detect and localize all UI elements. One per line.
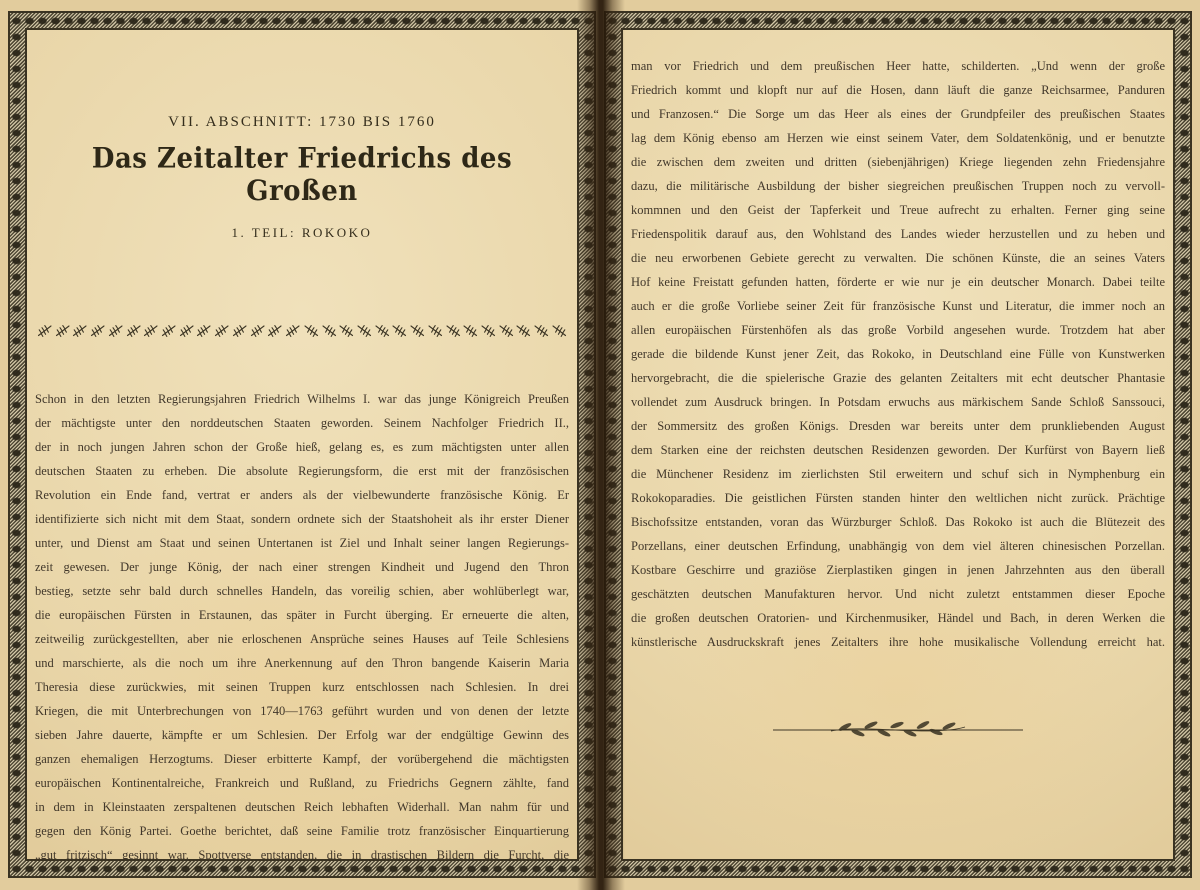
text-line: unter, und Dienst am Staat und seinen Un…	[35, 531, 569, 555]
text-line: die zwischen dem zweiten und dritten (si…	[631, 150, 1165, 174]
text-line: Friedenspolitik darauf aus, den Wohlstan…	[631, 222, 1165, 246]
leaf-sprig-icon	[498, 324, 514, 337]
text-line: auch er die große Vorliebe seiner Zeit f…	[631, 294, 1165, 318]
text-line: gegen den König Partei. Goethe berichtet…	[35, 819, 569, 843]
text-line: Kriegen, die mit Unterbrechungen von 174…	[35, 699, 569, 723]
left-page-paper: VII. ABSCHNITT: 1730 BIS 1760 Das Zeital…	[25, 28, 579, 861]
text-line: identifizierte sich nicht mit dem Staat,…	[35, 507, 569, 531]
text-line: gerade die bildende Kunst jener Zeit, da…	[631, 342, 1165, 366]
text-line: dazu, die militärische Ausbildung der bi…	[631, 174, 1165, 198]
leaf-sprig-icon	[515, 324, 531, 337]
leaf-sprig-icon	[126, 324, 142, 337]
left-page: VII. ABSCHNITT: 1730 BIS 1760 Das Zeital…	[0, 0, 600, 890]
leaf-sprig-icon	[161, 324, 177, 337]
leaf-sprig-icon	[232, 324, 248, 337]
text-line: Friedrich kommt und klopft nur auf die H…	[631, 78, 1165, 102]
leaf-sprig-icon	[108, 324, 124, 337]
text-line: und Franzosen.“ Die Sorge um das Heer al…	[631, 102, 1165, 126]
text-line: hervorgebracht, die die spielerische Gra…	[631, 366, 1165, 390]
text-line: künstlerische Ausdruckskraft jenes Zeita…	[631, 630, 1165, 654]
text-line: die Münchener Residenz im zierlichsten S…	[631, 462, 1165, 486]
leaf-sprig-icon	[90, 324, 106, 337]
part-subtitle: 1. TEIL: ROKOKO	[35, 225, 569, 241]
text-line: geschätzten deutschen Manufakturen hervo…	[631, 582, 1165, 606]
left-page-text: Schon in den letzten Regierungsjahren Fr…	[35, 387, 569, 859]
right-page-paper: man vor Friedrich und dem preußischen He…	[621, 28, 1175, 861]
text-line: Rokokoparadies. Die geistlichen Fürsten …	[631, 486, 1165, 510]
text-line: europäischen Kontinentalreiche, Frankrei…	[35, 771, 569, 795]
leaf-ornament-row	[35, 323, 569, 337]
leaf-sprig-icon	[356, 324, 372, 337]
text-line: vollendet zum Ausdruck bringen. In Potsd…	[631, 390, 1165, 414]
leaf-sprig-icon	[480, 324, 496, 337]
text-line: zeit gewesen. Der junge König, der nach …	[35, 555, 569, 579]
text-line: der in noch jungen Jahren schon der Groß…	[35, 435, 569, 459]
leaf-sprig-icon	[285, 324, 301, 337]
chapter-title: Das Zeitalter Friedrichs des Großen	[35, 143, 569, 208]
leaf-sprig-icon	[551, 324, 567, 337]
leaf-sprig-icon	[143, 324, 159, 337]
leaf-sprig-icon	[72, 324, 88, 337]
text-line: dem Starken eine der reichsten deutschen…	[631, 438, 1165, 462]
leaf-sprig-icon	[267, 324, 283, 337]
leaf-vine-divider-icon	[631, 716, 1165, 747]
leaf-sprig-icon	[374, 324, 390, 337]
text-line: ganzen ehemaligen Herzogtums. Dieser erb…	[35, 747, 569, 771]
text-line: kommnen und den Geist der Tapferkeit und…	[631, 198, 1165, 222]
text-line: Bischofssitze entstanden, voran das Würz…	[631, 510, 1165, 534]
leaf-sprig-icon	[409, 324, 425, 337]
text-line: und marschierte, als die noch um ihre An…	[35, 651, 569, 675]
text-line: „gut fritzisch“ gesinnt war. Spottverse …	[35, 843, 569, 859]
leaf-sprig-icon	[303, 324, 319, 337]
text-line: sieben Jahre dauerte, kämpfte er um Schl…	[35, 723, 569, 747]
left-page-ornamental-frame: VII. ABSCHNITT: 1730 BIS 1760 Das Zeital…	[8, 11, 596, 878]
text-line: Kostbare Geschirre und graziöse Zierplas…	[631, 558, 1165, 582]
text-line: in dem in Kleinstaaten zerspaltenen deut…	[35, 795, 569, 819]
leaf-sprig-icon	[533, 324, 549, 337]
text-line: der mächtigste unter den norddeutschen S…	[35, 411, 569, 435]
leaf-sprig-icon	[214, 324, 230, 337]
leaf-sprig-icon	[462, 324, 478, 337]
leaf-sprig-icon	[37, 324, 53, 337]
right-page: man vor Friedrich und dem preußischen He…	[600, 0, 1200, 890]
text-line: Schon in den letzten Regierungsjahren Fr…	[35, 387, 569, 411]
leaf-sprig-icon	[338, 324, 354, 337]
leaf-sprig-icon	[179, 324, 195, 337]
right-page-ornamental-frame: man vor Friedrich und dem preußischen He…	[604, 11, 1192, 878]
leaf-sprig-icon	[445, 324, 461, 337]
text-line: die neu erworbenen Gebiete gerecht zu ve…	[631, 246, 1165, 270]
text-line: die großen deutschen Oratorien- und Kirc…	[631, 606, 1165, 630]
text-line: Porzellans, einer deutschen Erfindung, u…	[631, 534, 1165, 558]
leaf-sprig-icon	[391, 324, 407, 337]
text-line: bestieg, setzte sehr bald durch schnelle…	[35, 579, 569, 603]
text-line: man vor Friedrich und dem preußischen He…	[631, 54, 1165, 78]
text-line: der Sommersitz des großen Königs. Dresde…	[631, 414, 1165, 438]
right-page-text: man vor Friedrich und dem preußischen He…	[631, 54, 1165, 654]
leaf-sprig-icon	[55, 324, 71, 337]
section-heading: VII. ABSCHNITT: 1730 BIS 1760	[35, 114, 569, 131]
text-line: die europäischen Fürsten in Erstaunen, d…	[35, 603, 569, 627]
leaf-sprig-icon	[250, 324, 266, 337]
leaf-sprig-icon	[196, 324, 212, 337]
text-line: zeitweilig zurückgestellten, aber nie er…	[35, 627, 569, 651]
text-line: Revolution ein Ende fand, vertrat er and…	[35, 483, 569, 507]
book-spread: VII. ABSCHNITT: 1730 BIS 1760 Das Zeital…	[0, 0, 1200, 890]
text-line: Theresia diese zurückwies, mit seinen Tr…	[35, 675, 569, 699]
text-line: deutschen Staaten zu erheben. Die absolu…	[35, 459, 569, 483]
text-line: allen europäischen Fürstenhöfen als das …	[631, 318, 1165, 342]
text-line: lag dem König ebenso am Herzen wie einst…	[631, 126, 1165, 150]
text-line: Hof keine Freistatt gefunden hatten, för…	[631, 270, 1165, 294]
leaf-sprig-icon	[321, 324, 337, 337]
leaf-sprig-icon	[427, 324, 443, 337]
